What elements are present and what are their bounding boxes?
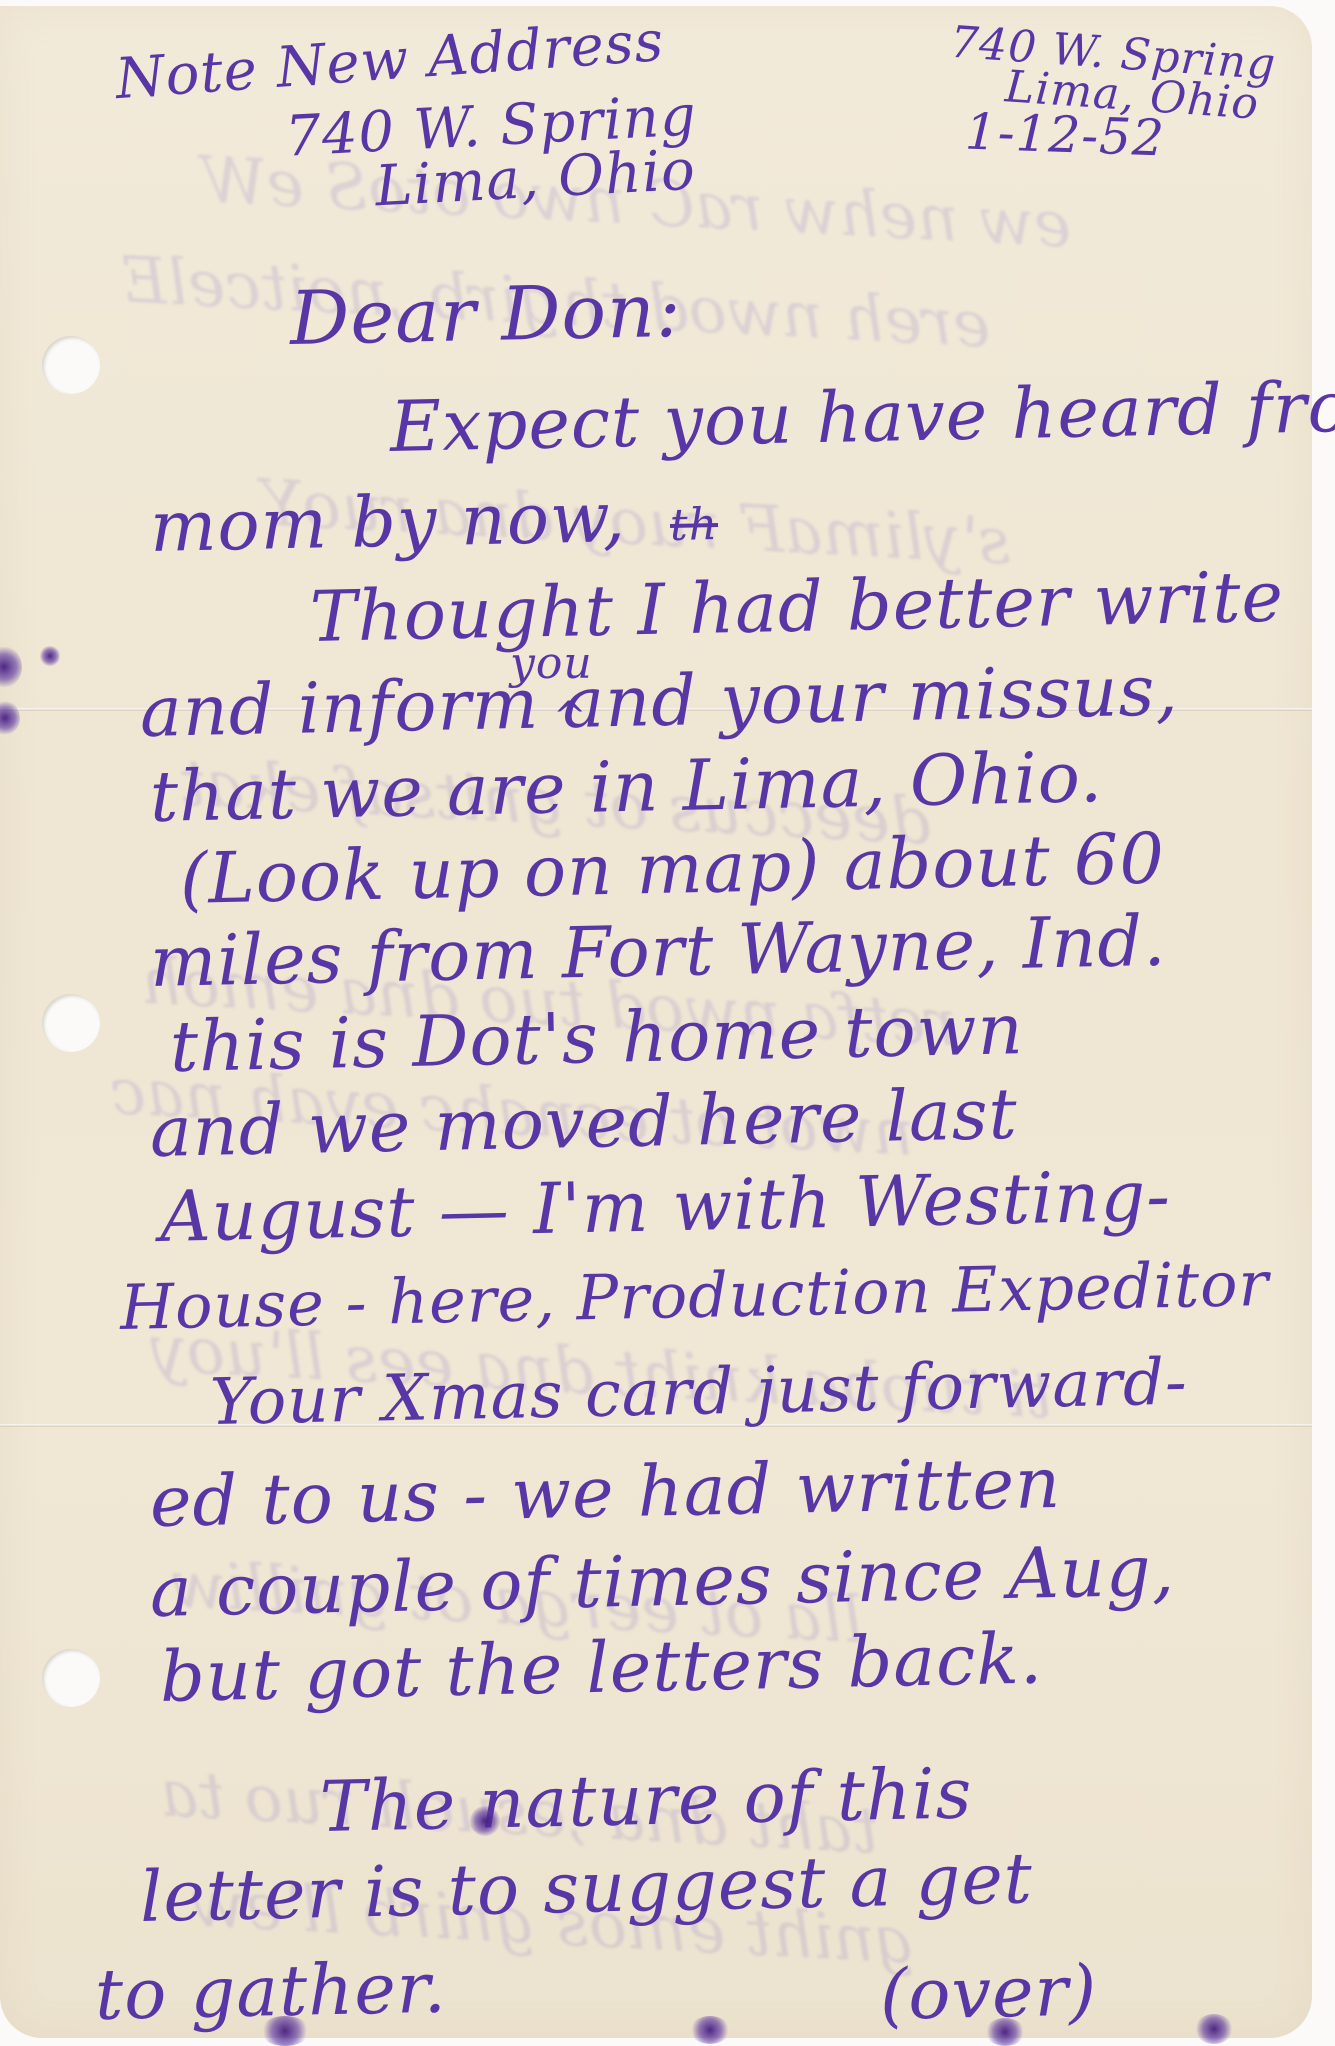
- ink-blot: [470, 1806, 500, 1836]
- body-line: ed to us - we had written: [149, 1442, 1062, 1543]
- body-line: The nature of this: [319, 1752, 973, 1848]
- ink-blot: [985, 2018, 1025, 2046]
- body-line: House - here, Production Expeditor: [119, 1247, 1270, 1344]
- punch-hole-middle: [42, 994, 100, 1052]
- body-line: this is Dot's home town: [169, 988, 1024, 1088]
- punch-hole-bottom: [42, 1649, 100, 1707]
- body-line: August — I'm with Westing-: [159, 1155, 1172, 1258]
- ink-blot: [1195, 2014, 1233, 2044]
- ink-blot: [0, 646, 22, 688]
- body-line: but got the letters back.: [159, 1618, 1044, 1718]
- body-line: mom by now,: [149, 476, 626, 568]
- ink-blot: [690, 2016, 730, 2044]
- ink-blot: [40, 646, 60, 666]
- punch-hole-top: [42, 336, 100, 394]
- letter-page: ew nehw raC nwo otoS eW ereh nwod thgirb…: [0, 6, 1312, 2038]
- struck-text: th: [669, 499, 718, 551]
- letter-date: 1-12-52: [964, 103, 1166, 168]
- ink-blot: [260, 2016, 310, 2046]
- ink-blot: [0, 701, 20, 735]
- body-line: Expect you have heard from: [389, 364, 1335, 468]
- salutation: Dear Don:: [289, 268, 682, 362]
- body-line: Thought I had better write: [309, 556, 1285, 658]
